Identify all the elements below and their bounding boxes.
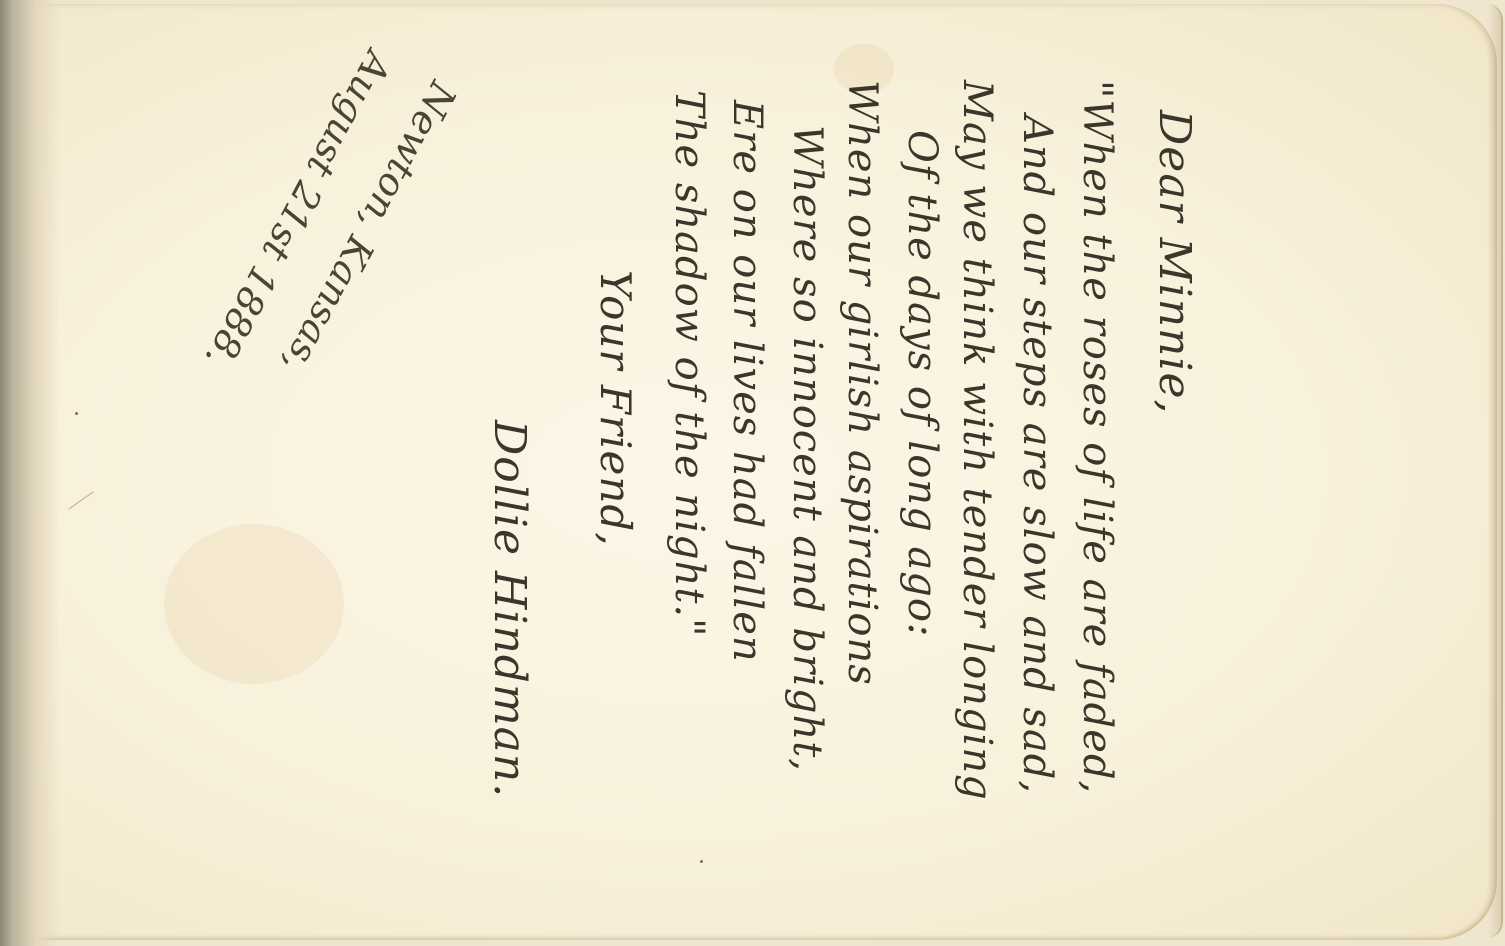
letter-signature: Dollie Hindman. — [484, 420, 535, 798]
paper-speck — [75, 412, 78, 415]
binding-shadow — [0, 0, 60, 946]
verse-line-8: The shadow of the night." — [666, 90, 712, 638]
verse-line-4: Of the days of long ago: — [899, 130, 945, 637]
letter-greeting: Dear Minnie, — [1149, 110, 1200, 414]
paper-stain — [164, 524, 344, 684]
letter-closing: Your Friend, — [591, 270, 640, 547]
place-date-note: Newton, Kansas, August 21st 1888. — [70, 60, 490, 460]
paper-speck — [700, 860, 703, 863]
verse-line-5: When our girlish aspirations — [839, 80, 885, 686]
verse-line-1: "When the roses of life are faded, — [1074, 80, 1120, 794]
page-edge — [1487, 4, 1503, 938]
verse-line-6: Where so innocent and bright, — [784, 125, 830, 772]
verse-line-7: Ere on our lives had fallen — [724, 100, 770, 663]
scanned-album-page: Dear Minnie, "When the roses of life are… — [0, 0, 1505, 946]
verse-line-2: And our steps are slow and sad, — [1014, 115, 1060, 794]
verse-line-3: May we think with tender longing — [954, 80, 1000, 801]
